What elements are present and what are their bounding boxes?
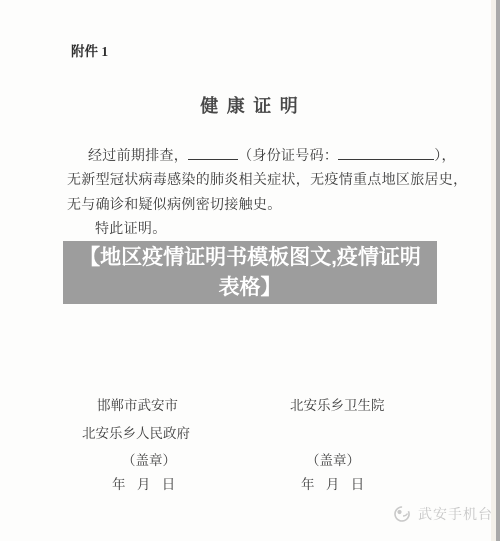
right-signature-date-line: 年 月 日 (301, 478, 364, 492)
left-signature-date-line: 年 月 日 (112, 478, 175, 492)
left-signature-org-city: 邯郸市武安市 (97, 399, 178, 413)
left-signature-seal-label: （盖章） (122, 454, 176, 468)
caption-line-2: 表格】 (219, 273, 282, 303)
caption-overlay-band: 【地区疫情证明书模板图文,疫情证明 表格】 (63, 241, 437, 304)
id-number-blank-field (338, 147, 434, 160)
attachment-label: 附件 1 (71, 45, 108, 59)
left-signature-org-government: 北安乐乡人民政府 (82, 427, 190, 441)
body-line-1-suffix: ）， (434, 149, 456, 164)
body-line-1-prefix: 经过前期排查， (88, 149, 188, 164)
right-signature-seal-label: （盖章） (306, 454, 360, 468)
scanned-document-image: 附件 1 健 康 证 明 经过前期排查，（身份证号码：）， 无新型冠状病毒感染的… (0, 0, 500, 541)
body-line-1-mid: （身份证号码： (238, 149, 338, 164)
channel-watermark: 武安手机台 (392, 504, 493, 524)
body-line-2: 无新型冠状病毒感染的肺炎相关症状，无疫情重点地区旅居史， (67, 173, 467, 189)
watermark-text: 武安手机台 (418, 507, 493, 521)
body-line-3: 无与确诊和疑似病例密切接触史。 (67, 198, 282, 214)
body-line-4: 特此证明。 (95, 222, 167, 238)
body-line-1: 经过前期排查，（身份证号码：）， (88, 147, 456, 165)
swirl-logo-icon (392, 504, 412, 524)
right-signature-org-hospital: 北安乐乡卫生院 (290, 399, 385, 413)
document-title: 健 康 证 明 (0, 97, 500, 117)
caption-line-1: 【地区疫情证明书模板图文,疫情证明 (79, 243, 421, 273)
page-edge-border (496, 0, 500, 541)
name-blank-field (188, 147, 238, 160)
